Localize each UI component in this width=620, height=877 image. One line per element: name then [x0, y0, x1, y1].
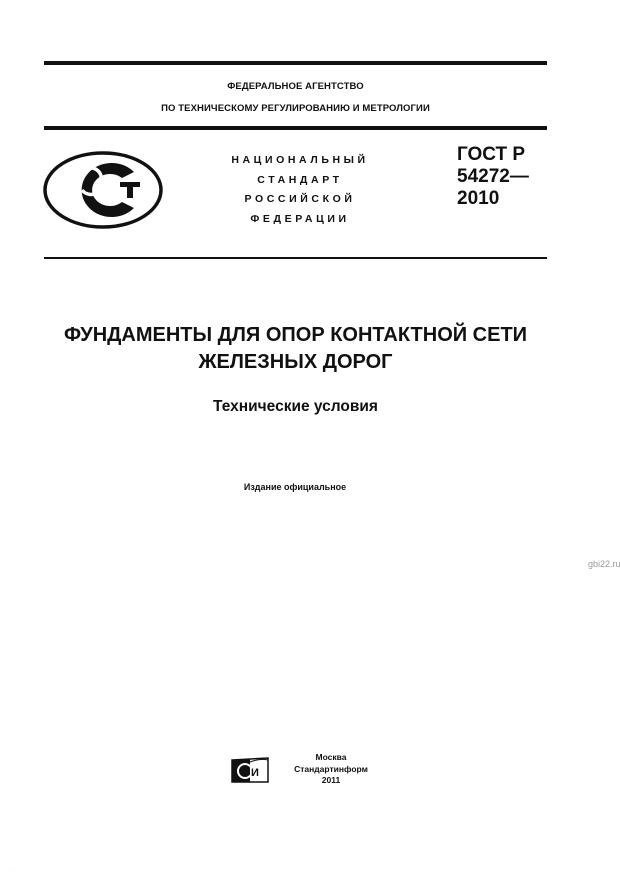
watermark: gbi22.ru [588, 559, 620, 569]
designation-line-2: 54272— [457, 166, 529, 188]
rst-certification-mark-icon [42, 150, 164, 230]
designation-line-1: ГОСТ Р [457, 144, 529, 166]
edition-label: Издание официальное [200, 482, 390, 492]
standard-type-line-1: НАЦИОНАЛЬНЫЙ [200, 151, 400, 171]
svg-text:И: И [251, 767, 259, 779]
standard-type-line-2: СТАНДАРТ [200, 171, 400, 191]
publisher-name: Стандартинформ [286, 764, 376, 776]
standartinform-logo-icon: И [230, 756, 270, 784]
publisher-block: Москва Стандартинформ 2011 [286, 752, 376, 787]
title-line-2: ЖЕЛЕЗНЫХ ДОРОГ [44, 349, 547, 376]
agency-line-2: ПО ТЕХНИЧЕСКОМУ РЕГУЛИРОВАНИЮ И МЕТРОЛОГ… [44, 103, 547, 114]
standard-type-line-3: РОССИЙСКОЙ [200, 190, 400, 210]
section-rule [44, 257, 547, 259]
designation-line-3: 2010 [457, 188, 529, 210]
agency-line-1: ФЕДЕРАЛЬНОЕ АГЕНТСТВО [44, 81, 547, 92]
title-line-1: ФУНДАМЕНТЫ ДЛЯ ОПОР КОНТАКТНОЙ СЕТИ [44, 322, 547, 349]
publication-year: 2011 [286, 775, 376, 787]
header-bottom-rule [44, 126, 547, 130]
document-title: ФУНДАМЕНТЫ ДЛЯ ОПОР КОНТАКТНОЙ СЕТИ ЖЕЛЕ… [44, 322, 547, 376]
top-rule [44, 61, 547, 65]
document-subtitle: Технические условия [44, 398, 547, 416]
standard-type: НАЦИОНАЛЬНЫЙ СТАНДАРТ РОССИЙСКОЙ ФЕДЕРАЦ… [200, 151, 400, 229]
footer-mark: · · · [4, 868, 13, 874]
standard-type-line-4: ФЕДЕРАЦИИ [200, 210, 400, 230]
publisher-city: Москва [286, 752, 376, 764]
standard-designation: ГОСТ Р 54272— 2010 [457, 144, 529, 210]
